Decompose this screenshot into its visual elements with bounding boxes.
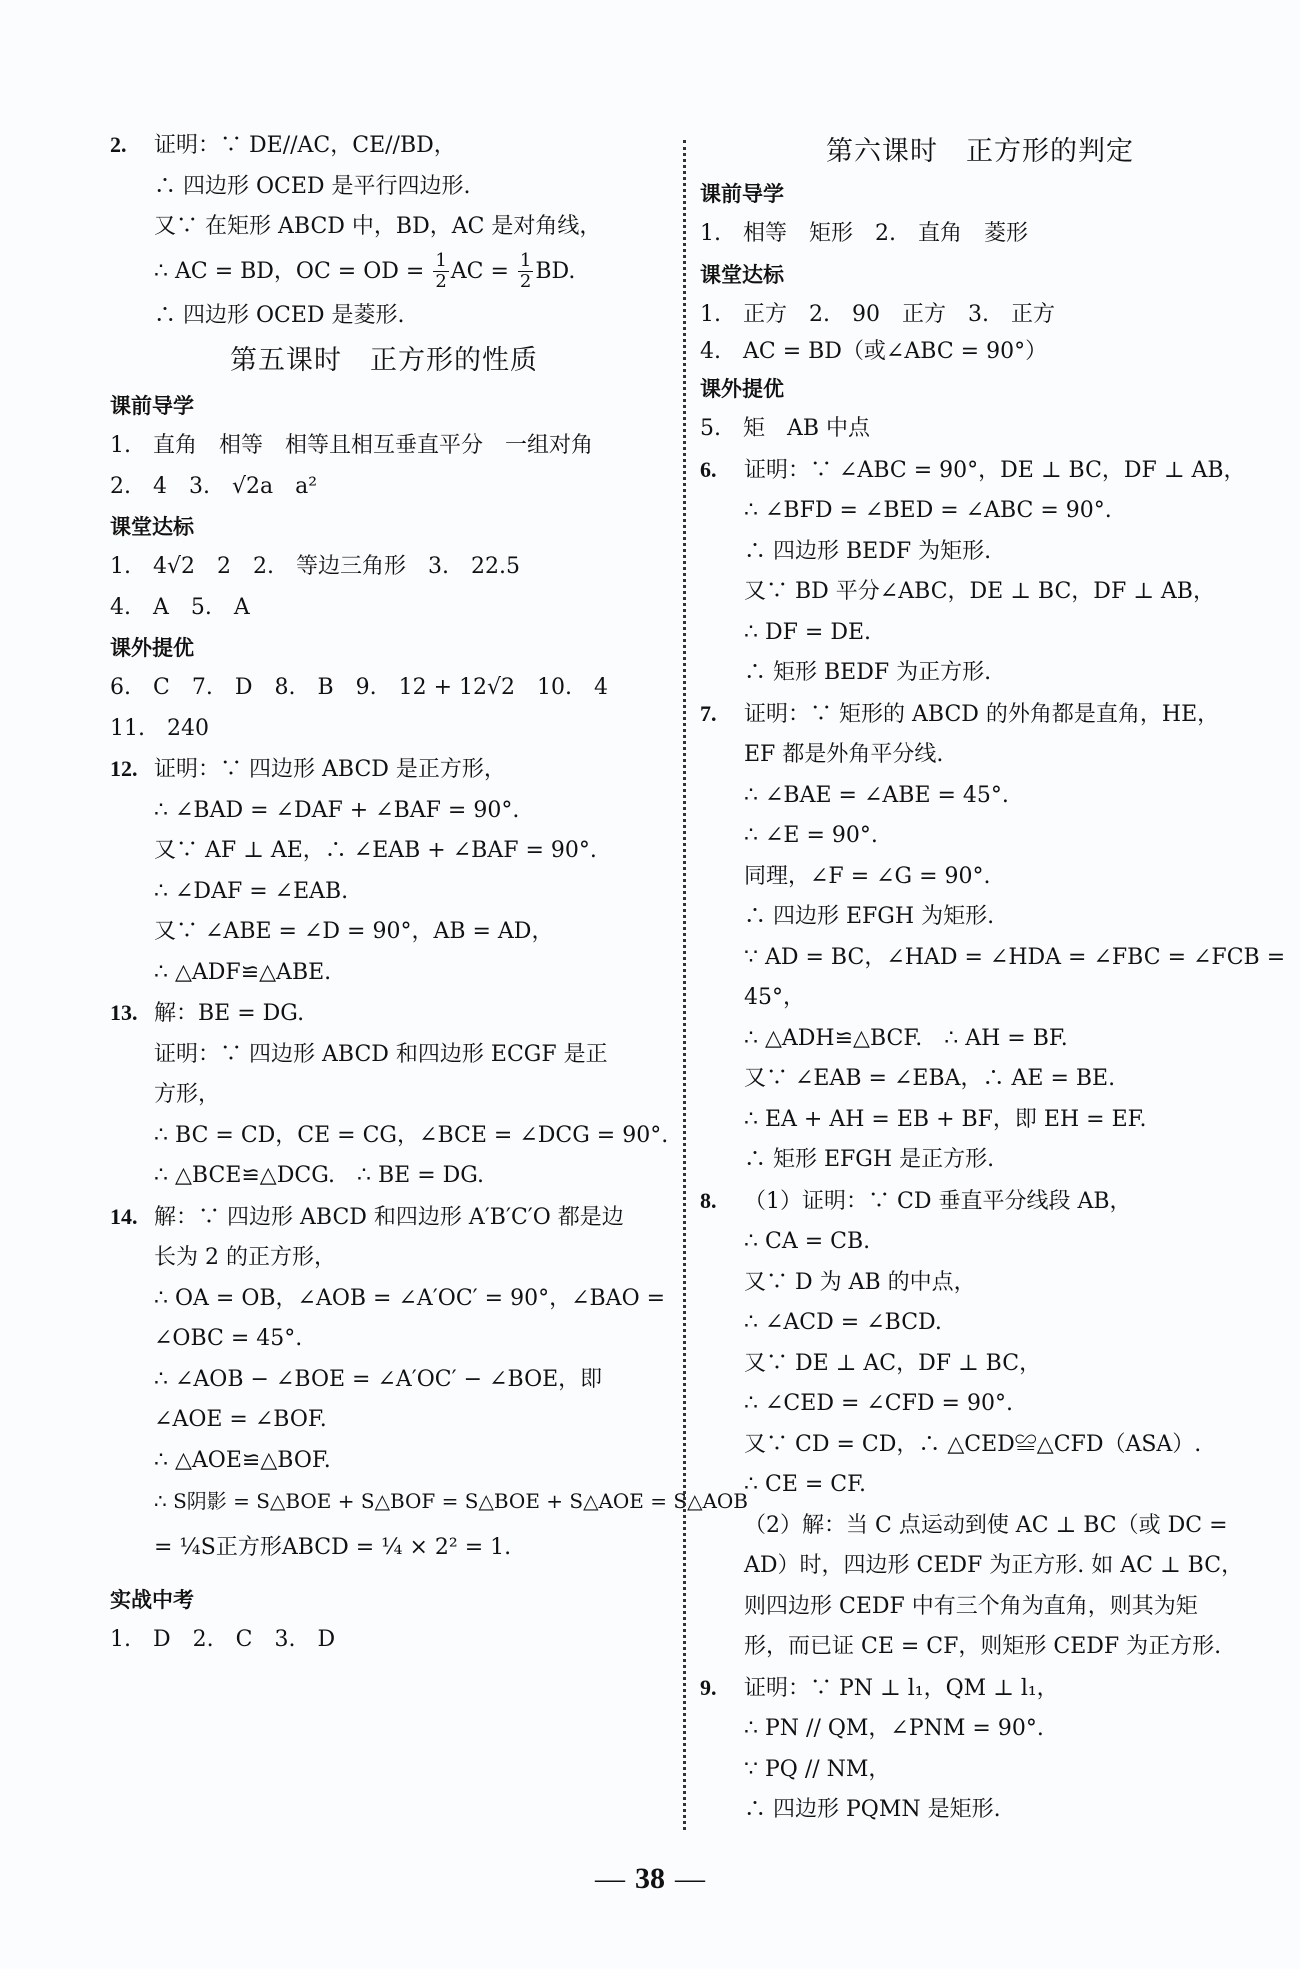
answer-line: 45°， [700, 978, 1260, 1019]
answer-line: ∴ EA + AH = EB + BF，即 EH = EF. [700, 1100, 1260, 1141]
answer-line: ∴ 四边形 OCED 是平行四边形. [110, 167, 658, 208]
answer-line: ∴ △BCE≌△DCG. ∴ BE = DG. [110, 1156, 658, 1197]
question-number: 14. [110, 1197, 154, 1238]
answer-line: ∴ S阴影 = S△BOE + S△BOF = S△BOE + S△AOE = … [110, 1481, 658, 1522]
answer-line: 又∵ AF ⊥ AE，∴ ∠EAB + ∠BAF = 90°. [110, 831, 658, 872]
fraction: 12 [518, 251, 533, 292]
answer-line: ∵ PQ // NM， [700, 1750, 1260, 1791]
answer-line: ∴ 四边形 PQMN 是矩形. [700, 1790, 1260, 1831]
answer-line: 9.证明：∵ PN ⊥ l₁，QM ⊥ l₁， [700, 1668, 1260, 1710]
answer-line: ∴ 四边形 EFGH 为矩形. [700, 897, 1260, 938]
lesson-title: 第五课时 正方形的性质 [110, 336, 658, 386]
answer-line: 1. 直角 相等 相等且相互垂直平分 一组对角 [110, 426, 658, 467]
answer-line: 又∵ CD = CD，∴ △CED≌△CFD（ASA）. [700, 1425, 1260, 1466]
answer-line: 又∵ ∠EAB = ∠EBA，∴ AE = BE. [700, 1059, 1260, 1100]
answer-line: 4. A 5. A [110, 588, 658, 629]
page-number: —38— [0, 1862, 1300, 1896]
answer-line: 方形， [110, 1075, 658, 1116]
section-title: 课外提优 [700, 369, 1260, 409]
answer-line: 4. AC = BD（或∠ABC = 90°） [700, 335, 1260, 369]
answer-line: ∴ ∠AOB − ∠BOE = ∠A′OC′ − ∠BOE，即 [110, 1360, 658, 1401]
question-number: 9. [700, 1668, 744, 1709]
answer-line: ∴ ∠CED = ∠CFD = 90°. [700, 1384, 1260, 1425]
fraction: 12 [433, 251, 448, 292]
answer-line: ∠AOE = ∠BOF. [110, 1400, 658, 1441]
answer-line: ∴ OA = OB，∠AOB = ∠A′OC′ = 90°，∠BAO = [110, 1279, 658, 1320]
answer-line: 2. 4 3. √2a a² [110, 467, 658, 508]
answer-line: ∴ 矩形 BEDF 为正方形. [700, 653, 1260, 694]
column-divider [683, 140, 686, 1830]
answer-line: ∵ AD = BC，∠HAD = ∠HDA = ∠FBC = ∠FCB = [700, 938, 1260, 979]
answer-line: 又∵ D 为 AB 的中点， [700, 1263, 1260, 1304]
answer-line: ∴ CA = CB. [700, 1222, 1260, 1263]
section-title: 课前导学 [700, 174, 1260, 214]
answer-line: 13.解：BE = DG. [110, 993, 658, 1035]
answer-line: AD）时，四边形 CEDF 为正方形. 如 AC ⊥ BC， [700, 1546, 1260, 1587]
answer-line: ∴ ∠BAE = ∠ABE = 45°. [700, 776, 1260, 817]
answer-line: 8.（1）证明：∵ CD 垂直平分线段 AB， [700, 1181, 1260, 1223]
answer-line: ∴ △AOE≌△BOF. [110, 1441, 658, 1482]
answer-line: 12.证明：∵ 四边形 ABCD 是正方形， [110, 749, 658, 791]
section-title: 实战中考 [110, 1580, 658, 1620]
question-number: 7. [700, 694, 744, 735]
answer-line: ∴ DF = DE. [700, 613, 1260, 654]
answer-line: ∴ ∠E = 90°. [700, 816, 1260, 857]
answer-line: ∴ △ADF≌△ABE. [110, 953, 658, 994]
question-number: 13. [110, 993, 154, 1034]
answer-line: 形，而已证 CE = CF，则矩形 CEDF 为正方形. [700, 1627, 1260, 1668]
answer-line-fraction: ∴ AC = BD，OC = OD = 12AC = 12BD. [110, 248, 658, 296]
answer-line: EF 都是外角平分线. [700, 735, 1260, 776]
right-column: 第六课时 正方形的判定 课前导学 1. 相等 矩形 2. 直角 菱形 课堂达标 … [700, 130, 1260, 1831]
question-number: 12. [110, 749, 154, 790]
left-column: 2.证明：∵ DE//AC，CE//BD， ∴ 四边形 OCED 是平行四边形.… [110, 125, 658, 1660]
answer-line: 又∵ DE ⊥ AC，DF ⊥ BC， [700, 1344, 1260, 1385]
answer-line: 长为 2 的正方形， [110, 1238, 658, 1279]
answer-line: ∴ ∠ACD = ∠BCD. [700, 1303, 1260, 1344]
answer-line: 11. 240 [110, 709, 658, 750]
answer-line: ∴ CE = CF. [700, 1465, 1260, 1506]
answer-line: = ¼S正方形ABCD = ¼ × 2² = 1. [110, 1522, 658, 1574]
answer-line: 1. 相等 矩形 2. 直角 菱形 [700, 214, 1260, 255]
answer-line: 1. 正方 2. 90 正方 3. 正方 [700, 295, 1260, 336]
answer-line: 同理，∠F = ∠G = 90°. [700, 857, 1260, 898]
answer-line: 又∵ BD 平分∠ABC，DE ⊥ BC，DF ⊥ AB， [700, 572, 1260, 613]
question-number: 8. [700, 1181, 744, 1222]
answer-line: 14.解：∵ 四边形 ABCD 和四边形 A′B′C′O 都是边 [110, 1197, 658, 1239]
answer-line: 1. D 2. C 3. D [110, 1620, 658, 1661]
answer-line: 6.证明：∵ ∠ABC = 90°，DE ⊥ BC，DF ⊥ AB， [700, 450, 1260, 492]
answer-line: 6. C 7. D 8. B 9. 12 + 12√2 10. 4 [110, 668, 658, 709]
section-title: 课堂达标 [700, 255, 1260, 295]
answer-line: ∴ △ADH≌△BCF. ∴ AH = BF. [700, 1019, 1260, 1060]
section-title: 课前导学 [110, 386, 658, 426]
answer-line: ∴ ∠BFD = ∠BED = ∠ABC = 90°. [700, 491, 1260, 532]
answer-line: ∴ ∠DAF = ∠EAB. [110, 872, 658, 913]
answer-line: 7.证明：∵ 矩形的 ABCD 的外角都是直角，HE， [700, 694, 1260, 736]
answer-line: 2.证明：∵ DE//AC，CE//BD， [110, 125, 658, 167]
answer-line: ∴ ∠BAD = ∠DAF + ∠BAF = 90°. [110, 791, 658, 832]
answer-line: 又∵ 在矩形 ABCD 中，BD，AC 是对角线， [110, 207, 658, 248]
answer-line: 证明：∵ 四边形 ABCD 和四边形 ECGF 是正 [110, 1035, 658, 1076]
section-title: 课外提优 [110, 628, 658, 668]
answer-line: ∠OBC = 45°. [110, 1319, 658, 1360]
answer-line: 则四边形 CEDF 中有三个角为直角，则其为矩 [700, 1587, 1260, 1628]
answer-line: ∴ BC = CD，CE = CG，∠BCE = ∠DCG = 90°. [110, 1116, 658, 1157]
answer-line: ∴ 四边形 OCED 是菱形. [110, 296, 658, 337]
question-number: 2. [110, 125, 154, 166]
answer-line: ∴ 矩形 EFGH 是正方形. [700, 1140, 1260, 1181]
answer-line: ∴ PN // QM，∠PNM = 90°. [700, 1709, 1260, 1750]
answer-line: 5. 矩 AB 中点 [700, 409, 1260, 450]
answer-line: 1. 4√2 2 2. 等边三角形 3. 22.5 [110, 547, 658, 588]
question-number: 6. [700, 450, 744, 491]
section-title: 课堂达标 [110, 507, 658, 547]
answer-line: ∴ 四边形 BEDF 为矩形. [700, 532, 1260, 573]
answer-line: （2）解：当 C 点运动到使 AC ⊥ BC（或 DC = [700, 1506, 1260, 1547]
answer-line: 又∵ ∠ABE = ∠D = 90°，AB = AD， [110, 912, 658, 953]
lesson-title: 第六课时 正方形的判定 [700, 130, 1260, 174]
